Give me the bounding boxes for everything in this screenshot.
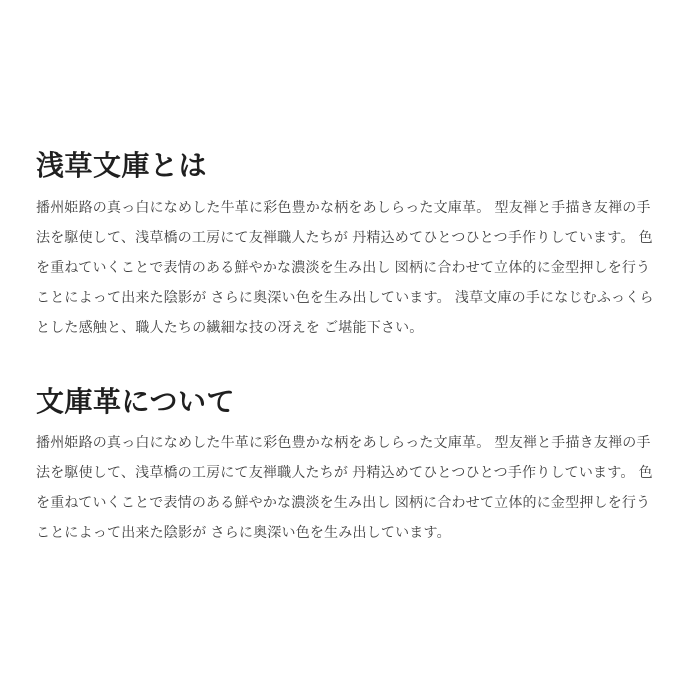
section-bunko-leather: 文庫革について 播州姫路の真っ白になめした牛革に彩色豊かな柄をあしらった文庫革。… [36, 386, 663, 548]
section-heading-bunko-leather: 文庫革について [36, 386, 663, 420]
section-asakusa-bunko: 浅草文庫とは 播州姫路の真っ白になめした牛革に彩色豊かな柄をあしらった文庫革。 … [36, 150, 663, 342]
product-description-page: 浅草文庫とは 播州姫路の真っ白になめした牛革に彩色豊かな柄をあしらった文庫革。 … [0, 0, 700, 700]
section-body-asakusa-bunko: 播州姫路の真っ白になめした牛革に彩色豊かな柄をあしらった文庫革。 型友禅と手描き… [36, 192, 658, 342]
section-body-bunko-leather: 播州姫路の真っ白になめした牛革に彩色豊かな柄をあしらった文庫革。 型友禅と手描き… [36, 427, 658, 547]
section-heading-asakusa-bunko: 浅草文庫とは [36, 150, 663, 184]
